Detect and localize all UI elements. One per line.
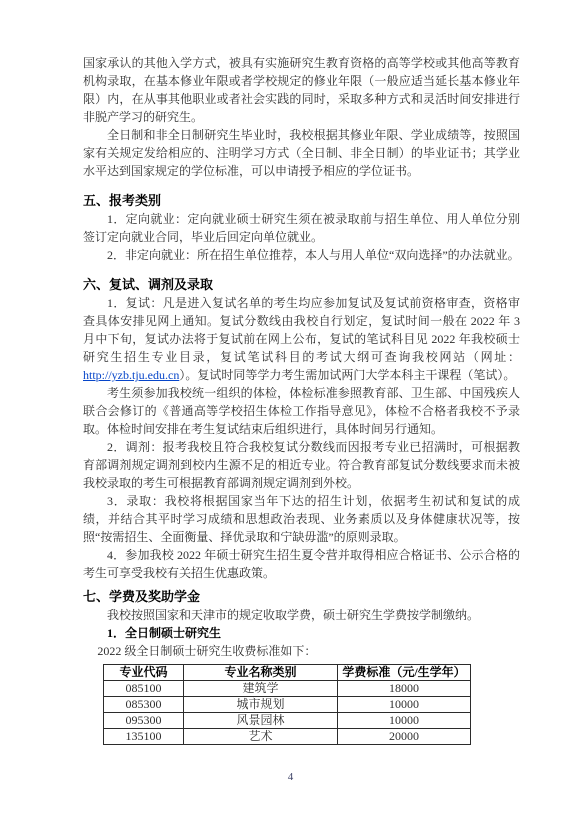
document-page: { "page": { "number": "4" }, "intro": { … — [0, 0, 581, 828]
cell-major-code: 095300 — [104, 713, 184, 729]
retest-text-after-link: ）。复试时同等学力考生需加试两门大学本科主干课程（笔试）。 — [179, 368, 515, 382]
tuition-table: 专业代码 专业名称类别 学费标准（元/生学年） 085100 建筑学 18000… — [103, 664, 471, 745]
cell-tuition: 20000 — [338, 729, 471, 745]
cell-tuition: 18000 — [338, 681, 471, 697]
cell-major-name: 城市规划 — [184, 697, 338, 713]
section6-item-admission: 3．录取：我校将根据国家当年下达的招生计划，依据考生初试和复试的成绩，并结合其平… — [83, 492, 520, 546]
section6-paragraph-physical-exam: 考生须参加我校统一组织的体检，体检标准参照教育部、卫生部、中国残疾人联合会修订的… — [83, 384, 520, 438]
page-number: 4 — [0, 770, 581, 784]
paragraph-graduation-certificates: 全日制和非全日制研究生毕业时，我校根据其修业年限、学业成绩等，按照国家有关规定发… — [83, 126, 520, 180]
table-row: 135100 艺术 20000 — [104, 729, 471, 745]
section5-item-directed-employment: 1．定向就业：定向就业硕士研究生须在被录取前与招生单位、用人单位分别签订定向就业… — [83, 210, 520, 246]
admissions-website-link[interactable]: http://yzb.tju.edu.cn — [83, 368, 179, 382]
cell-major-code: 085300 — [104, 697, 184, 713]
column-header-major-name: 专业名称类别 — [184, 665, 338, 681]
cell-major-code: 135100 — [104, 729, 184, 745]
document-body: 国家承认的其他入学方式，被具有实施研究生教育资格的高等学校或其他高等教育机构录取… — [83, 54, 520, 745]
table-row: 095300 风景园林 10000 — [104, 713, 471, 729]
cell-tuition: 10000 — [338, 713, 471, 729]
section5-heading: 五、报考类别 — [83, 192, 520, 210]
cell-tuition: 10000 — [338, 697, 471, 713]
column-header-tuition-standard: 学费标准（元/生学年） — [338, 665, 471, 681]
cell-major-name: 艺术 — [184, 729, 338, 745]
section7-heading: 七、学费及奖助学金 — [83, 588, 520, 606]
tuition-table-caption: 2022 级全日制硕士研究生收费标准如下： — [83, 642, 520, 660]
column-header-major-code: 专业代码 — [104, 665, 184, 681]
section6-item-summer-camp: 4．参加我校 2022 年硕士研究生招生夏令营并取得相应合格证书、公示合格的考生… — [83, 546, 520, 582]
section6-item-transfer: 2．调剂：报考我校且符合我校复试分数线而因报考专业已招满时，可根据教育部调剂规定… — [83, 438, 520, 492]
cell-major-code: 085100 — [104, 681, 184, 697]
section7-intro: 我校按照国家和天津市的规定收取学费，硕士研究生学费按学制缴纳。 — [83, 606, 520, 624]
cell-major-name: 风景园林 — [184, 713, 338, 729]
section6-heading: 六、复试、调剂及录取 — [83, 276, 520, 294]
cell-major-name: 建筑学 — [184, 681, 338, 697]
table-row: 085100 建筑学 18000 — [104, 681, 471, 697]
retest-text-before-link: 1．复试：凡是进入复试名单的考生均应参加复试及复试前资格审查，资格审查具体安排见… — [83, 296, 520, 364]
section5-item-non-directed-employment: 2．非定向就业：所在招生单位推荐，本人与用人单位“双向选择”的办法就业。 — [83, 246, 520, 264]
tuition-table-header-row: 专业代码 专业名称类别 学费标准（元/生学年） — [104, 665, 471, 681]
table-row: 085300 城市规划 10000 — [104, 697, 471, 713]
paragraph-continuation: 国家承认的其他入学方式，被具有实施研究生教育资格的高等学校或其他高等教育机构录取… — [83, 54, 520, 126]
section6-item-retest: 1．复试：凡是进入复试名单的考生均应参加复试及复试前资格审查，资格审查具体安排见… — [83, 294, 520, 384]
section7-subheading-fulltime: 1．全日制硕士研究生 — [83, 624, 520, 642]
